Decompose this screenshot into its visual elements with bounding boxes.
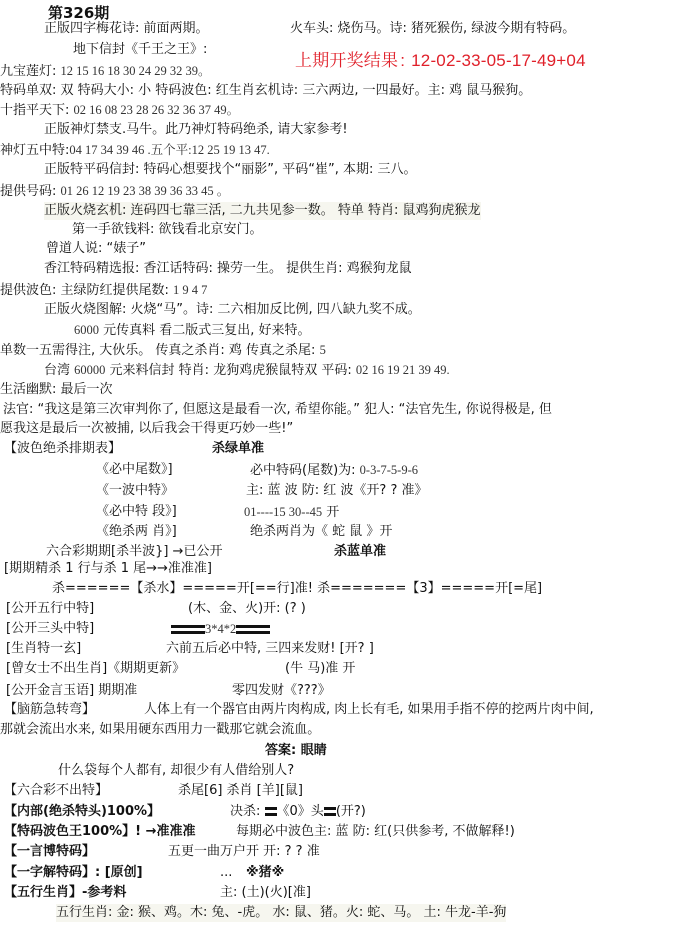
shizhi-value: 02 16 08 23 28 26 32 36 37 49。	[74, 103, 240, 117]
tepingma-line: 正版特平码信封: 特码心想要找个“丽影”, 平码“崔”, 本期: 三八。	[44, 161, 417, 179]
wuxing-shengxiao-value: 主: (土)(火)[准]	[220, 884, 311, 902]
taiwan-value: 02 16 19 21 39 49.	[356, 363, 450, 377]
neibu-prefix: 决杀:	[230, 804, 260, 819]
qiqi-jingsha-line: 杀======【杀水】=====开[==行]准! 杀=======【3】====…	[52, 580, 542, 598]
bose-row-value-3: 绝杀两肖为《 蛇 鼠 》开	[250, 523, 392, 541]
last-result-banner: 上期开奖结果:12-02-33-05-17-49+04	[295, 46, 586, 71]
danshu-value: 5	[320, 343, 326, 357]
humor-body-2: 愿我这是最后一次被捕, 以后我会干得更巧妙一些!”	[0, 420, 293, 438]
buchute-label: 【六合彩不出特】	[4, 782, 108, 800]
bose-table-title: 【波色绝杀排期表】	[4, 440, 121, 458]
shizhi-line: 十指平天下: 02 16 08 23 28 26 32 36 37 49。	[0, 101, 239, 120]
bose-row-label-3: 《绝杀两 肖》]	[96, 523, 177, 541]
xiangjiang-line: 香江特码精选报: 香江话特码: 操劳一生。 提供生肖: 鸡猴狗龙鼠	[44, 260, 412, 278]
jinyan-label: [公开金言玉语] 期期准	[6, 682, 137, 700]
yizi-value: ※猪※	[246, 864, 284, 882]
humor-body-1: 法官: “我这是第三次审判你了, 但愿这是最看一次, 希望你能。” 犯人: “法…	[3, 401, 552, 419]
danshu-line: 单数一五需得注, 大伙乐。 传真之杀肖: 鸡 传真之杀尾: 5	[0, 341, 326, 360]
liuhecai-qiqi-line: 六合彩期期[杀半波}] →已公开	[46, 543, 222, 561]
chuanzhen-text: 元传真料 看二版式三复出, 好来特。	[103, 323, 310, 338]
shendeng-wuzhongte-value: 04 17 34 39 46 .五个平:12 25 19 13 47.	[69, 143, 269, 157]
zengnvshi-value: (牛 马)准 开	[285, 660, 355, 678]
bose-wang-value: 每期必中波色主: 蓝 防: 红(只供参考, 不做解释!)	[236, 823, 515, 841]
bose-wang-label: 【特码波色王100%】! →准准准	[4, 823, 196, 841]
riddle-text-1: 人体上有一个器官由两片肉构成, 肉上长有毛, 如果用手指不停的挖两片肉中间,	[144, 701, 594, 719]
chuanzhen-6000-line: 6000 元传真料 看二版式三复出, 好来特。	[74, 321, 311, 340]
huoche-label: 火车头:	[290, 21, 333, 36]
bose-row-value-1: 主: 蓝 波 防: 红 波《开? ? 准》	[246, 482, 428, 500]
diyishou-line: 第一手欲钱料: 欲钱看北京安门。	[72, 221, 263, 239]
danshu-text: 单数一五需得注, 大伙乐。 传真之杀肖: 鸡 传真之杀尾:	[0, 343, 315, 358]
bar-right-icon	[236, 625, 270, 634]
bose-row-label-0: 《必中尾数》]	[96, 461, 173, 479]
chuanzhen-amount: 6000	[74, 323, 99, 337]
tigong-bose-label: 提供波色: 主绿防红提供尾数:	[0, 283, 169, 298]
wuxing-label: [公开五行中特]	[6, 600, 94, 618]
bose-row-value-2: 01----15 30--45 开	[244, 503, 339, 522]
humor-title: 生活幽默: 最后一次	[0, 381, 113, 399]
bar-small-left-icon	[265, 807, 277, 816]
bose-row-value-0: 必中特码(尾数)为: 0-3-7-5-9-6	[250, 461, 418, 480]
shengxiao-yixuan-label: [生肖特一玄]	[6, 640, 81, 658]
bose-row-prefix-0: 必中特码(尾数)为:	[250, 463, 356, 478]
huoshao-tujie-line: 正版火烧图解: 火烧“马”。诗: 二六相加反比例, 四八缺九奖不成。	[44, 301, 421, 319]
jinyan-value: 零四发财《???》	[232, 682, 331, 700]
jiubao-line: 九宝莲灯: 12 15 16 18 30 24 29 32 39。	[0, 62, 211, 81]
meihua-label: 正版四字梅花诗:	[44, 21, 139, 36]
riddle-text-2: 那就会流出水来, 如果用硬东西用力一戳那它就会流血。	[0, 721, 320, 739]
yiyan-value: 五更一曲万户开 开: ? ? 准	[168, 843, 320, 861]
santou-nums: 3*4*2	[205, 622, 236, 636]
taiwan-text: 元来料信封 特肖: 龙狗鸡虎猴鼠特双 平码:	[110, 363, 352, 378]
bar-left-icon	[171, 625, 205, 634]
tigong-haoma-value: 01 26 12 19 23 38 39 36 33 45 。	[61, 184, 230, 198]
riddle-answer: 答案: 眼睛	[265, 742, 327, 760]
shendeng-wuzhongte-label: 神灯五中特:	[0, 143, 69, 158]
bose-row-num-0: 0-3-7-5-9-6	[360, 463, 418, 477]
tigong-haoma-label: 提供号码:	[0, 184, 56, 199]
neibu-middle: 《0》头	[277, 804, 324, 819]
shendeng-wuzhongte-line: 神灯五中特:04 17 34 39 46 .五个平:12 25 19 13 47…	[0, 141, 270, 160]
jiubao-label: 九宝莲灯:	[0, 64, 56, 79]
huoche-line: 火车头: 烧伤马。诗: 猪死猴伤, 绿波今期有特码。	[290, 20, 575, 38]
qiqi-jingsha-title: [期期精杀 1 行与杀 1 尾→→准准准]	[4, 560, 212, 578]
yiyan-label: 【一言博特码】	[4, 843, 95, 861]
tigong-bose-value: 1 9 4 7	[173, 283, 207, 297]
yizi-dots: ...	[220, 864, 232, 882]
tigong-haoma-line: 提供号码: 01 26 12 19 23 38 39 36 33 45 。	[0, 182, 229, 201]
last-result-sep: :	[398, 51, 411, 70]
sha-lan-label: 杀蓝单准	[334, 543, 386, 561]
bose-row-label-1: 《一波中特》	[96, 482, 174, 500]
zengdao-line: 曾道人说: “婊子”	[46, 240, 146, 258]
wuxing-list: 五行生肖: 金: 猴、鸡。木: 兔、-虎。 水: 鼠、猪。火: 蛇、马。 土: …	[56, 904, 506, 922]
wuxing-shengxiao-label: 【五行生肖】-参考料	[4, 884, 126, 902]
wuxing-value: (木、金、火)开: (? )	[188, 600, 306, 618]
bose-row-label-2: 《必中特 段》]	[96, 503, 177, 521]
jiubao-value: 12 15 16 18 30 24 29 32 39。	[61, 64, 211, 78]
huoshao-xuanji-line: 正版火烧玄机: 连码四七靠三活, 二九共见参一数。 特单 特肖: 鼠鸡狗虎猴龙	[44, 202, 481, 220]
neibu-value: 决杀: 《0》头(开?)	[230, 803, 366, 821]
dixia-line: 地下信封《千王之王》:	[73, 41, 207, 59]
shendeng-jinzhi-line: 正版神灯禁支.马牛。此乃神灯特码绝杀, 请大家参考!	[44, 121, 348, 139]
last-result-label: 上期开奖结果	[295, 51, 398, 70]
santou-value: 3*4*2	[171, 620, 270, 639]
santou-label: [公开三头中特]	[6, 620, 94, 638]
taiwan-amount: 60000	[74, 363, 105, 377]
last-result-numbers: 12-02-33-05-17-49+04	[411, 51, 586, 70]
taiwan-prefix: 台湾	[44, 363, 70, 378]
meihua-line: 正版四字梅花诗: 前面两期。	[44, 20, 209, 38]
shengxiao-yixuan-value: 六前五后必中特, 三四来发财! [开? ]	[166, 640, 374, 658]
bose-table-subtitle: 杀绿单准	[212, 440, 264, 458]
yizi-label: 【一字解特码】: [原创]	[4, 864, 143, 882]
riddle-question: 什么袋每个人都有, 却很少有人借给别人?	[58, 762, 294, 780]
neibu-suffix: (开?)	[336, 804, 366, 819]
tema-danshuang-line: 特码单双: 双 特码大小: 小 特码波色: 红生肖玄机诗: 三六两边, 一四最好…	[0, 82, 531, 100]
bose-row-num-2: 01----15 30--45	[244, 505, 322, 519]
buchute-value: 杀尾[6] 杀肖 [羊][鼠]	[178, 782, 303, 800]
bose-row-suffix-2: 开	[326, 505, 339, 520]
shizhi-label: 十指平天下:	[0, 103, 69, 118]
taiwan-line: 台湾 60000 元来料信封 特肖: 龙狗鸡虎猴鼠特双 平码: 02 16 19…	[44, 361, 450, 380]
bar-small-right-icon	[324, 807, 336, 816]
neibu-label: 【内部(绝杀特头)100%】	[4, 803, 160, 821]
meihua-value: 前面两期。	[144, 21, 209, 36]
tigong-bose-line: 提供波色: 主绿防红提供尾数: 1 9 4 7	[0, 281, 207, 300]
riddle-title: 【脑筋急转弯】	[4, 701, 95, 719]
huoche-value: 烧伤马。诗: 猪死猴伤, 绿波今期有特码。	[338, 21, 576, 36]
zengnvshi-label: [曾女士不出生肖]《期期更新》	[6, 660, 185, 678]
